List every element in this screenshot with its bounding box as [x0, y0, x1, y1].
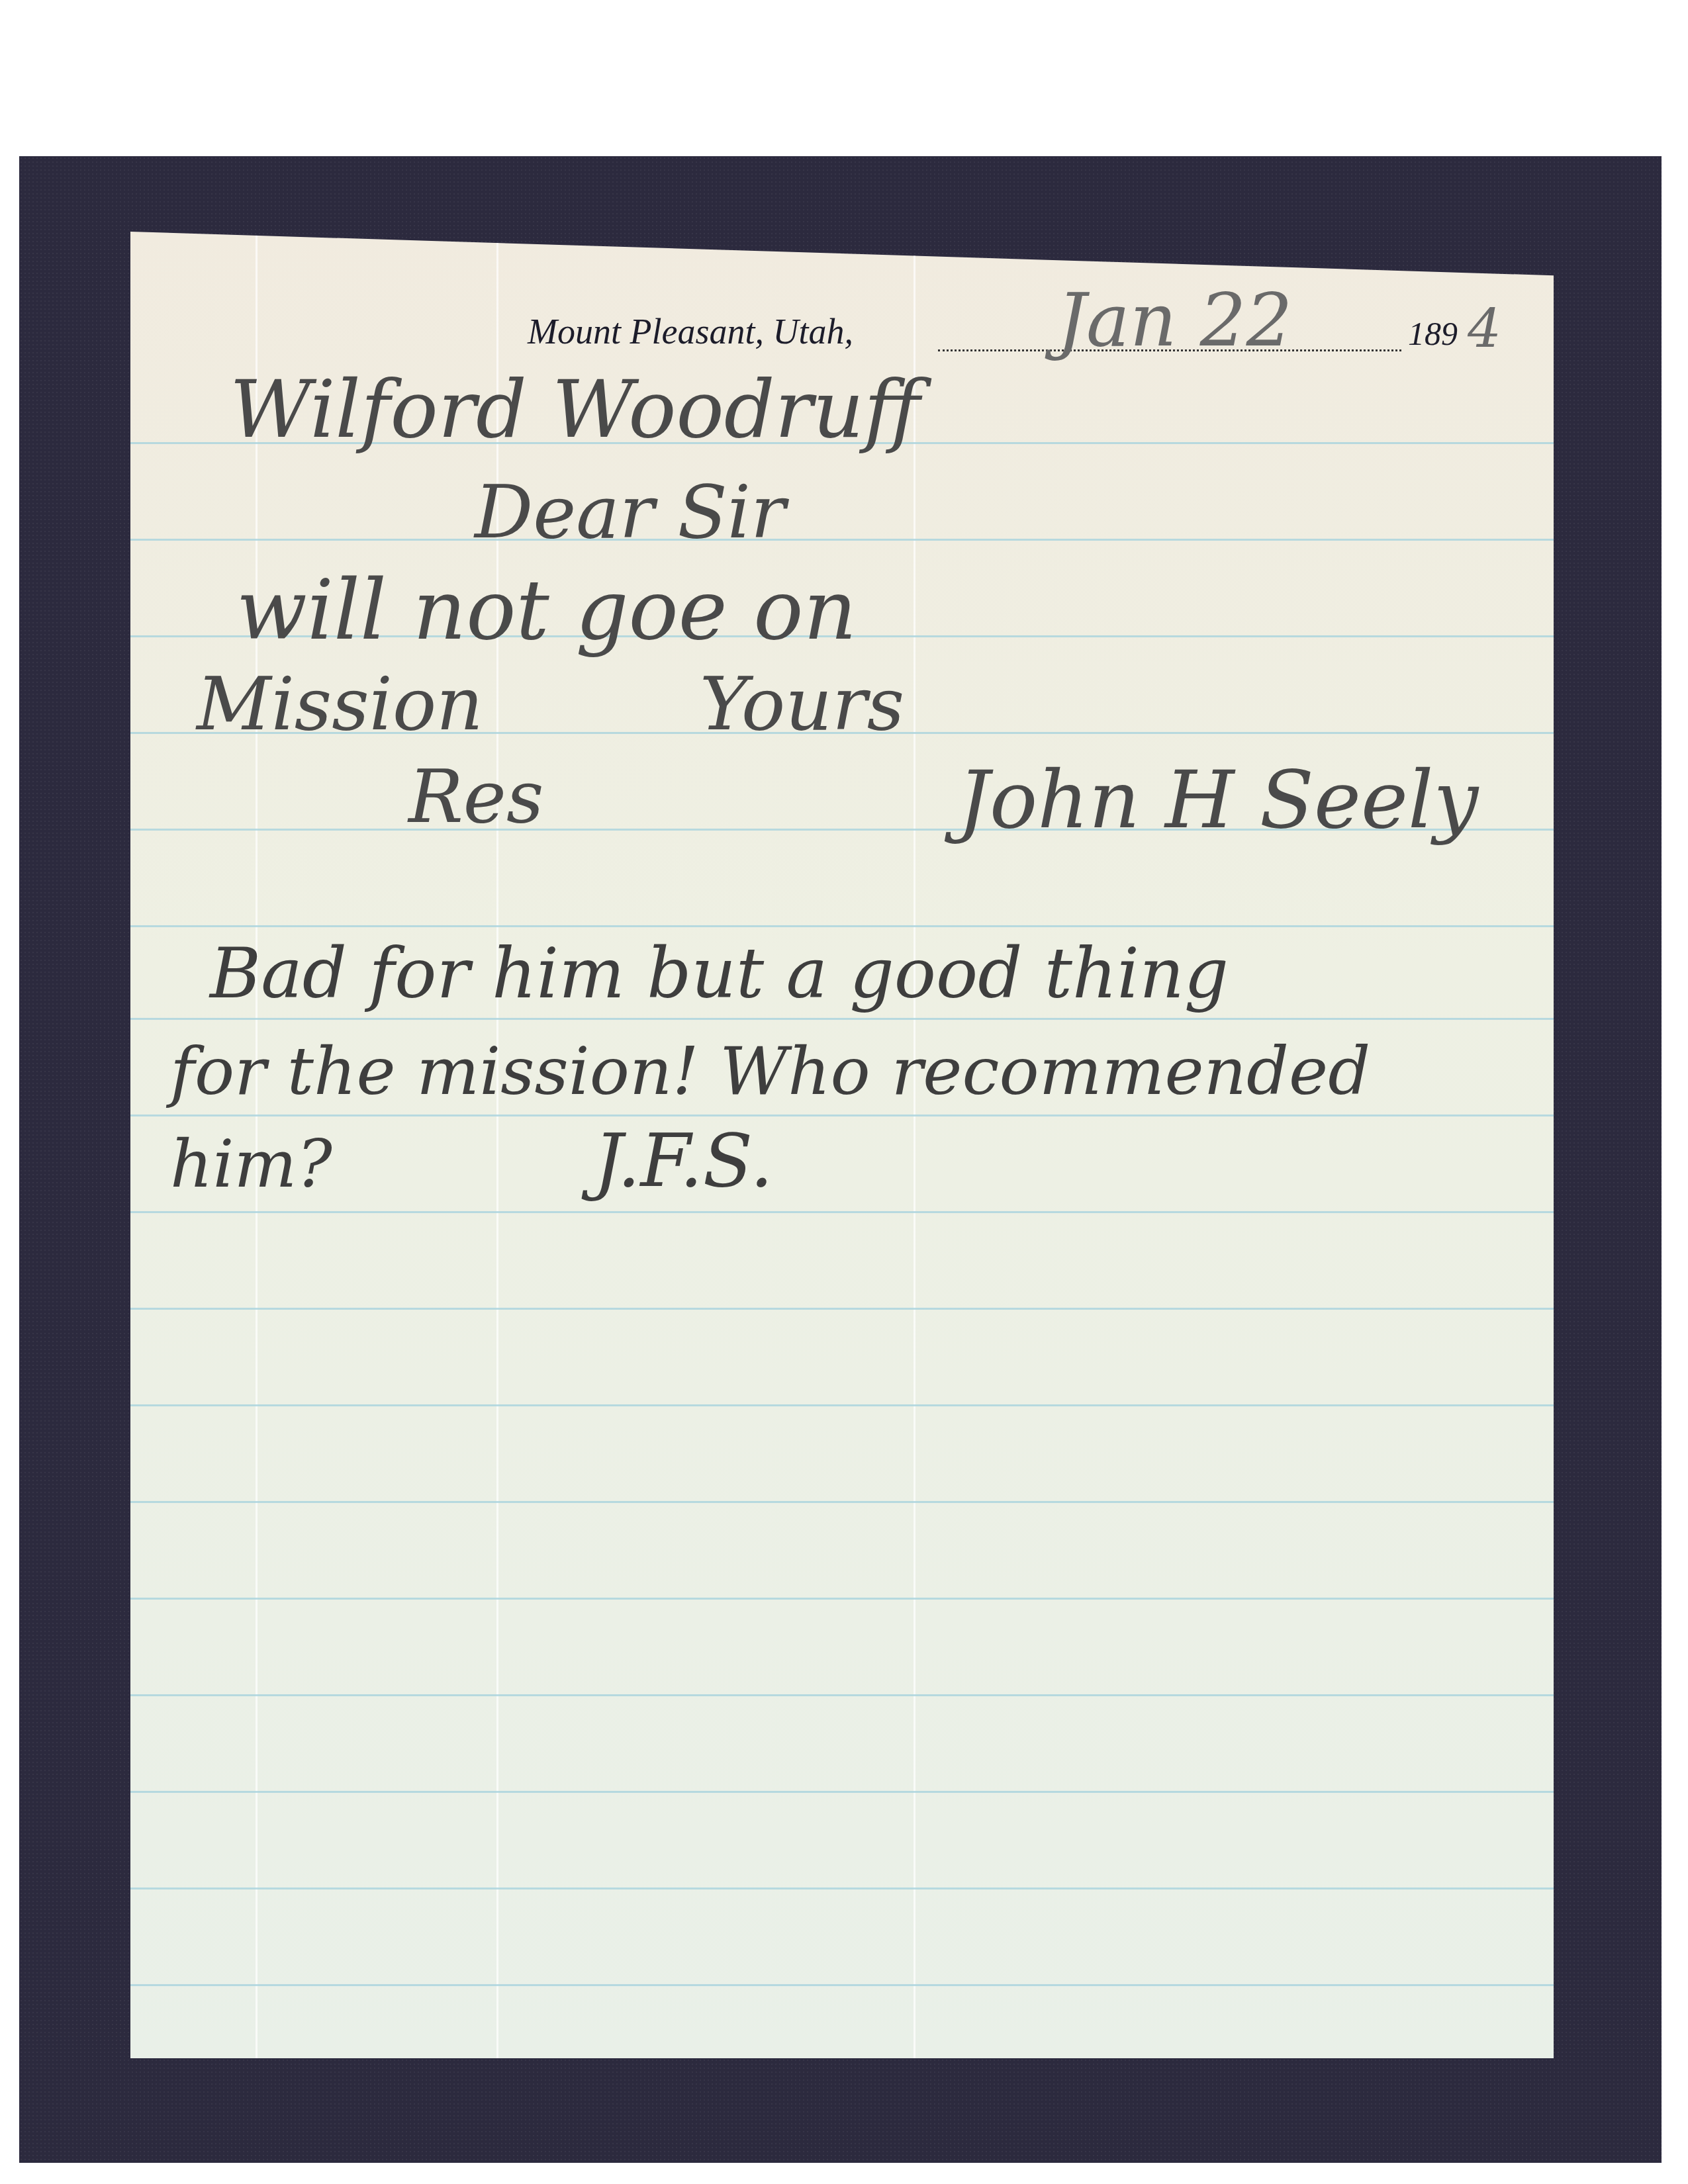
ruled-line: [130, 1308, 1554, 1310]
closing-prefix: Res: [408, 754, 543, 839]
ruled-line: [130, 1694, 1554, 1696]
ruled-line: [130, 1115, 1554, 1116]
signature: John H Seely: [958, 754, 1478, 846]
fold-line: [914, 232, 915, 2058]
annotation-initials: J.F.S.: [594, 1118, 773, 1203]
letterhead-year-digit: 4: [1468, 298, 1501, 359]
ruled-line: [130, 1598, 1554, 1600]
salutation: Dear Sir: [475, 470, 786, 555]
ruled-line: [130, 1888, 1554, 1889]
body-line-1: will not goe on: [236, 563, 857, 659]
ruled-line: [130, 1211, 1554, 1213]
closing: Yours: [700, 662, 904, 747]
letter-paper: Mount Pleasant, Utah, Jan 22 189 4 Wilfo…: [130, 232, 1554, 2058]
ruled-line: [130, 1791, 1554, 1793]
letterhead-place: Mount Pleasant, Utah,: [528, 311, 853, 352]
ruled-line: [130, 539, 1554, 541]
ruled-line: [130, 1018, 1554, 1020]
annotation-line-2: for the mission! Who recommended: [170, 1032, 1370, 1110]
annotation-line-3: him?: [170, 1125, 332, 1203]
ruled-line: [130, 1501, 1554, 1503]
ruled-line: [130, 925, 1554, 927]
letterhead-year: 189: [1408, 314, 1458, 353]
ruled-line: [130, 1984, 1554, 1986]
ruled-line: [130, 1404, 1554, 1406]
addressee: Wilford Woodruff: [230, 364, 920, 456]
letter-date: Jan 22: [1057, 278, 1292, 363]
annotation-line-1: Bad for him but a good thing: [210, 933, 1229, 1014]
body-line-2: Mission: [197, 662, 483, 747]
